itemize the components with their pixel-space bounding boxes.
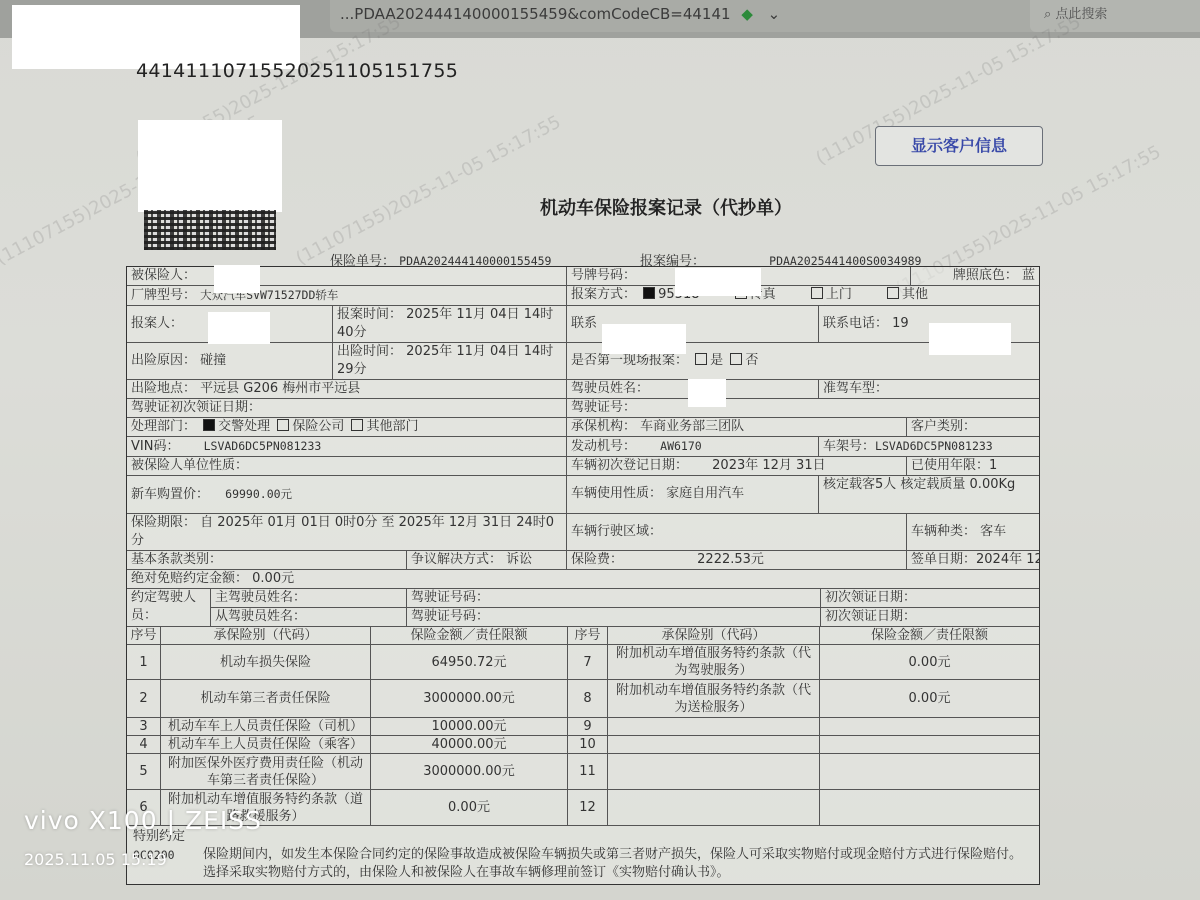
coverage-row-name: [608, 736, 820, 754]
watermark: (11107155)2025-11-05 15:17:55: [292, 112, 564, 270]
coverage-row-no: 4: [127, 736, 161, 754]
main-driver-field: 主驾驶员姓名：: [211, 589, 407, 607]
coverage-row-name: 附加机动车增值服务特约条款（代为驾驶服务）: [608, 645, 820, 680]
coverage-row-name: [608, 754, 820, 790]
coverage-row-name: 附加机动车增值服务特约条款（代为送检服务）: [608, 680, 820, 718]
coverage-row-no: 12: [568, 790, 608, 826]
license-no-field: 驾驶证号：: [567, 399, 1039, 417]
report-method-field: 报案方式： 95518 传真 上门 其他: [567, 286, 1039, 305]
search-icon: ⌕: [1044, 7, 1051, 22]
main-driver-license-field: 驾驶证号码：: [407, 589, 821, 607]
coverage-row-amount: 0.00元: [371, 790, 568, 826]
coverage-row-name: 附加医保外医疗费用责任险（机动车第三者责任保险）: [161, 754, 371, 790]
coverage-row-no: 9: [568, 718, 608, 736]
region-field: 车辆行驶区域：: [567, 514, 907, 550]
coverage-row-name: [608, 718, 820, 736]
plate-color-field: 牌照底色： 蓝: [911, 267, 1039, 285]
sign-date-field: 签单日期：2024年 12月 17日: [907, 551, 1039, 569]
license-type-field: 准驾车型：: [819, 380, 1039, 398]
underwriter-field: 承保机构： 车商业务部三团队: [567, 418, 907, 436]
brand-field: 厂牌型号： 大众汽车SVW71527DD轿车: [127, 286, 567, 305]
redaction-box: [675, 268, 761, 296]
checkbox-onsite[interactable]: [811, 287, 823, 299]
chevron-down-icon[interactable]: ⌄: [768, 5, 781, 23]
coverage-row-no: 3: [127, 718, 161, 736]
insured-field: 被保险人：: [127, 267, 567, 285]
accident-cause-field: 出险原因： 碰撞: [127, 343, 333, 379]
serial-number: 44141110715520251105151755: [136, 60, 458, 82]
redaction-box: [138, 120, 282, 212]
coverage-row-no: 11: [568, 754, 608, 790]
qr-code: [144, 210, 276, 250]
main-driver-first-date-field: 初次领证日期：: [821, 589, 1039, 607]
customer-type-field: 客户类别：: [907, 418, 1039, 436]
checkbox-other-dept[interactable]: [351, 419, 363, 431]
coverage-header: 承保险别（代码）: [608, 627, 820, 645]
insurance-period-field: 保险期限： 自 2025年 01月 01日 0时0分 至 2025年 12月 3…: [127, 514, 567, 550]
checkbox-other[interactable]: [887, 287, 899, 299]
show-customer-info-button[interactable]: 显示客户信息: [875, 126, 1043, 166]
designated-driver-label: 约定驾驶人员：: [127, 589, 211, 626]
shield-check-icon: ◆: [741, 5, 753, 23]
checkbox-95518[interactable]: [643, 287, 655, 299]
new-car-price-field: 新车购置价： 69990.00元: [127, 476, 567, 513]
search-placeholder: 点此搜索: [1055, 7, 1107, 22]
coverage-row-name: [608, 790, 820, 826]
coverage-row-amount: 3000000.00元: [371, 680, 568, 718]
redaction-box: [929, 323, 1011, 355]
coverage-row-amount: 10000.00元: [371, 718, 568, 736]
engine-no-field: 发动机号： AW6170: [567, 437, 819, 456]
coverage-row-name: 机动车损失保险: [161, 645, 371, 680]
basic-clause-field: 基本条款类别：: [127, 551, 407, 569]
coverage-row-amount: [820, 718, 1039, 736]
url-text: ...PDAA202444140000155459&comCodeCB=4414…: [340, 5, 731, 23]
premium-field: 保险费： 2222.53元: [567, 551, 907, 569]
first-reg-field: 车辆初次登记日期： 2023年 12月 31日: [567, 457, 907, 475]
coverage-row-name: 机动车车上人员责任保险（司机）: [161, 718, 371, 736]
page-title: 机动车保险报案记录（代抄单）: [540, 194, 792, 220]
coverage-table: 序号承保险别（代码）保险金额／责任限额序号承保险别（代码）保险金额／责任限额1机…: [127, 627, 1039, 826]
capacity-field: 核定载客5人 核定载质量 0.00Kg: [819, 476, 1039, 513]
sub-driver-field: 从驾驶员姓名：: [211, 608, 407, 626]
redaction-box: [208, 312, 270, 344]
checkbox-yes[interactable]: [695, 353, 707, 365]
checkbox-insurance-company[interactable]: [277, 419, 289, 431]
license-first-date-field: 驾驶证初次领证日期：: [127, 399, 567, 417]
checkbox-traffic-police[interactable]: [203, 419, 215, 431]
coverage-header: 保险金额／责任限额: [820, 627, 1039, 645]
coverage-row-no: 7: [568, 645, 608, 680]
insured-unit-field: 被保险人单位性质：: [127, 457, 567, 475]
claim-report-form: 被保险人： 号牌号码： 牌照底色： 蓝 厂牌型号： 大众汽车SVW71527DD…: [126, 266, 1040, 885]
coverage-row-amount: 64950.72元: [371, 645, 568, 680]
used-years-field: 已使用年限：1: [907, 457, 1039, 475]
redaction-box: [688, 379, 726, 407]
coverage-row-amount: [820, 736, 1039, 754]
coverage-row-amount: 0.00元: [820, 680, 1039, 718]
handling-dept-field: 处理部门： 交警处理 保险公司 其他部门: [127, 418, 567, 436]
vin-field: VIN码： LSVAD6DC5PN081233: [127, 437, 567, 456]
coverage-row-no: 10: [568, 736, 608, 754]
usage-field: 车辆使用性质： 家庭自用汽车: [567, 476, 819, 513]
coverage-header: 承保险别（代码）: [161, 627, 371, 645]
deductible-field: 绝对免赔约定金额： 0.00元: [127, 570, 1039, 588]
coverage-row-no: 8: [568, 680, 608, 718]
coverage-row-amount: [820, 790, 1039, 826]
camera-timestamp: 2025.11.05 15:19: [24, 850, 167, 869]
coverage-header: 序号: [568, 627, 608, 645]
url-field[interactable]: ...PDAA202444140000155459&comCodeCB=4414…: [330, 0, 1040, 32]
coverage-row-amount: 40000.00元: [371, 736, 568, 754]
coverage-row-name: 机动车第三者责任保险: [161, 680, 371, 718]
sub-driver-license-field: 驾驶证号码：: [407, 608, 821, 626]
redaction-box: [602, 324, 686, 354]
coverage-row-no: 2: [127, 680, 161, 718]
search-input[interactable]: ⌕ 点此搜索: [1030, 0, 1200, 32]
coverage-row-amount: 3000000.00元: [371, 754, 568, 790]
accident-time-field: 出险时间： 2025年 11月 04日 14时 29分: [333, 343, 567, 379]
vehicle-kind-field: 车辆种类： 客车: [907, 514, 1039, 550]
coverage-row-amount: [820, 754, 1039, 790]
coverage-row-no: 5: [127, 754, 161, 790]
coverage-row-amount: 0.00元: [820, 645, 1039, 680]
dispute-field: 争议解决方式： 诉讼: [407, 551, 567, 569]
special-terms: 特别约定 0C0200 保险期间内，如发生本保险合同约定的保险事故造成被保险车辆…: [127, 826, 1039, 884]
coverage-row-no: 1: [127, 645, 161, 680]
frame-no-field: 车架号：LSVAD6DC5PN081233: [819, 437, 1039, 456]
coverage-header: 序号: [127, 627, 161, 645]
camera-brand: vivo X100 | ZEISS: [24, 806, 262, 835]
accident-place-field: 出险地点： 平远县 G206 梅州市平远县: [127, 380, 567, 398]
redaction-box: [214, 265, 260, 293]
report-time-field: 报案时间： 2025年 11月 04日 14时 40分: [333, 306, 567, 342]
checkbox-no[interactable]: [730, 353, 742, 365]
coverage-header: 保险金额／责任限额: [371, 627, 568, 645]
coverage-row-name: 机动车车上人员责任保险（乘客）: [161, 736, 371, 754]
sub-driver-first-date-field: 初次领证日期：: [821, 608, 1039, 626]
